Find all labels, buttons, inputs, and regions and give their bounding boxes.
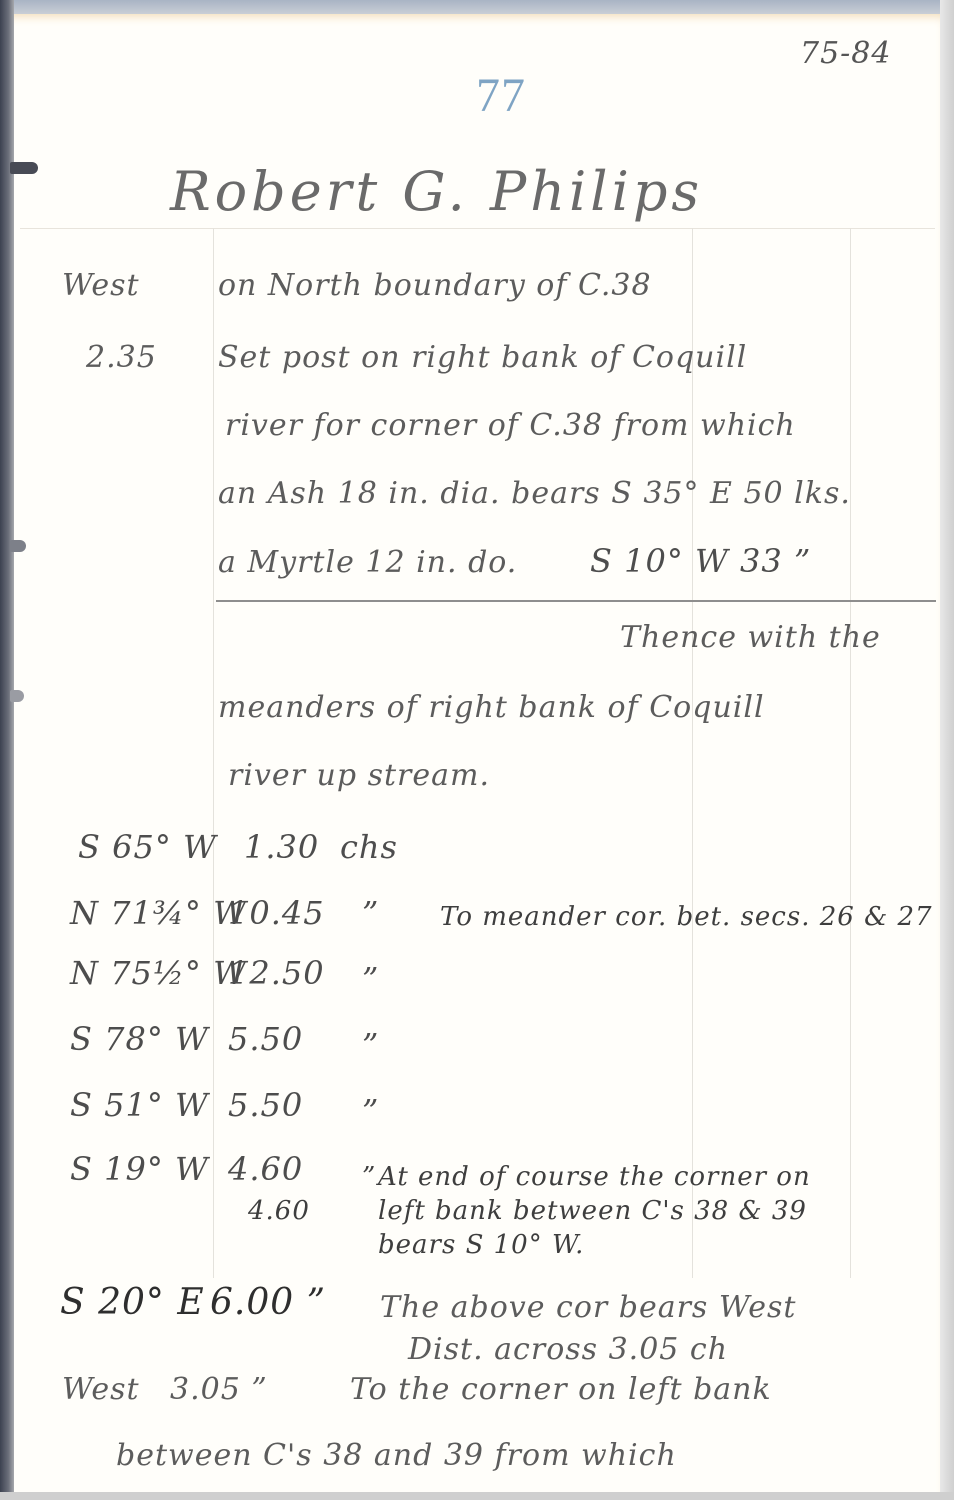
- column-rule-1: [213, 228, 214, 1278]
- closing-bearing-2: West: [62, 1372, 140, 1407]
- closing-distance-2: 3.05 ”: [170, 1372, 268, 1407]
- column-rule-2: [692, 228, 693, 1278]
- course-bearing: S 65° W: [78, 828, 217, 866]
- course-note: To meander cor. bet. secs. 26 & 27: [440, 902, 933, 932]
- closing-note-1b: Dist. across 3.05 ch: [408, 1332, 728, 1367]
- closing-line-3: between C's 38 and 39 from which: [116, 1438, 677, 1473]
- course-note: At end of course the corner on: [378, 1162, 811, 1192]
- course-bearing: S 19° W: [70, 1150, 209, 1188]
- closing-note-1: The above cor bears West: [380, 1290, 796, 1325]
- page-number: 77: [476, 68, 526, 123]
- intro-line-4: an Ash 18 in. dia. bears S 35° E 50 lks.: [218, 476, 851, 511]
- thence-line-3: river up stream.: [228, 758, 490, 793]
- course-distance: 1.30: [244, 828, 319, 866]
- header-rule: [20, 228, 935, 229]
- binding-tab: [10, 690, 24, 702]
- course-bearing: N 71¾° W: [70, 894, 247, 932]
- binding-tab: [10, 162, 38, 174]
- closing-note-2: To the corner on left bank: [350, 1372, 772, 1407]
- course-distance: 5.50: [228, 1020, 303, 1058]
- document-page: [10, 14, 940, 1492]
- section-divider: [216, 600, 936, 602]
- course-bearing: S 78° W: [70, 1020, 209, 1058]
- column-rule-3: [850, 228, 851, 1278]
- thence-line-1: Thence with the: [620, 620, 881, 655]
- binding-edge: [0, 0, 14, 1500]
- course-distance: 4.60: [228, 1150, 303, 1188]
- scan-top-edge: [0, 0, 954, 14]
- course-unit: ”: [362, 1092, 379, 1130]
- thence-line-2: meanders of right bank of Coquill: [218, 690, 765, 725]
- course-unit: ”: [362, 960, 379, 998]
- course-unit: ”: [362, 1162, 376, 1192]
- course-unit: chs: [340, 828, 398, 866]
- binding-tab: [10, 540, 26, 552]
- document-title: Robert G. Philips: [170, 160, 703, 223]
- course-bearing: N 75½° W: [70, 954, 247, 992]
- course-distance: 10.45: [228, 894, 325, 932]
- reference-number: 75-84: [800, 36, 891, 71]
- course-distance-repeat: 4.60: [248, 1196, 310, 1226]
- course-bearing: S 51° W: [70, 1086, 209, 1124]
- scan-right-edge: [940, 0, 954, 1500]
- intro-line-5b: S 10° W 33 ”: [590, 542, 811, 580]
- course-distance: 12.50: [228, 954, 325, 992]
- intro-line-5a: a Myrtle 12 in. do.: [218, 545, 517, 580]
- intro-line-2: Set post on right bank of Coquill: [218, 340, 747, 375]
- course-unit: ”: [362, 1026, 379, 1064]
- course-unit: ”: [362, 894, 379, 932]
- intro-line-3: river for corner of C.38 from which: [225, 408, 796, 443]
- intro-distance: 2.35: [86, 340, 157, 375]
- closing-bearing-1: S 20° E: [60, 1282, 205, 1323]
- intro-bearing: West: [62, 268, 140, 303]
- intro-line-1: on North boundary of C.38: [218, 268, 652, 303]
- course-note-2: left bank between C's 38 & 39: [378, 1196, 807, 1226]
- course-note-3: bears S 10° W.: [378, 1230, 584, 1260]
- closing-distance-1: 6.00 ”: [210, 1282, 326, 1323]
- course-distance: 5.50: [228, 1086, 303, 1124]
- scan-bottom-edge: [0, 1492, 954, 1500]
